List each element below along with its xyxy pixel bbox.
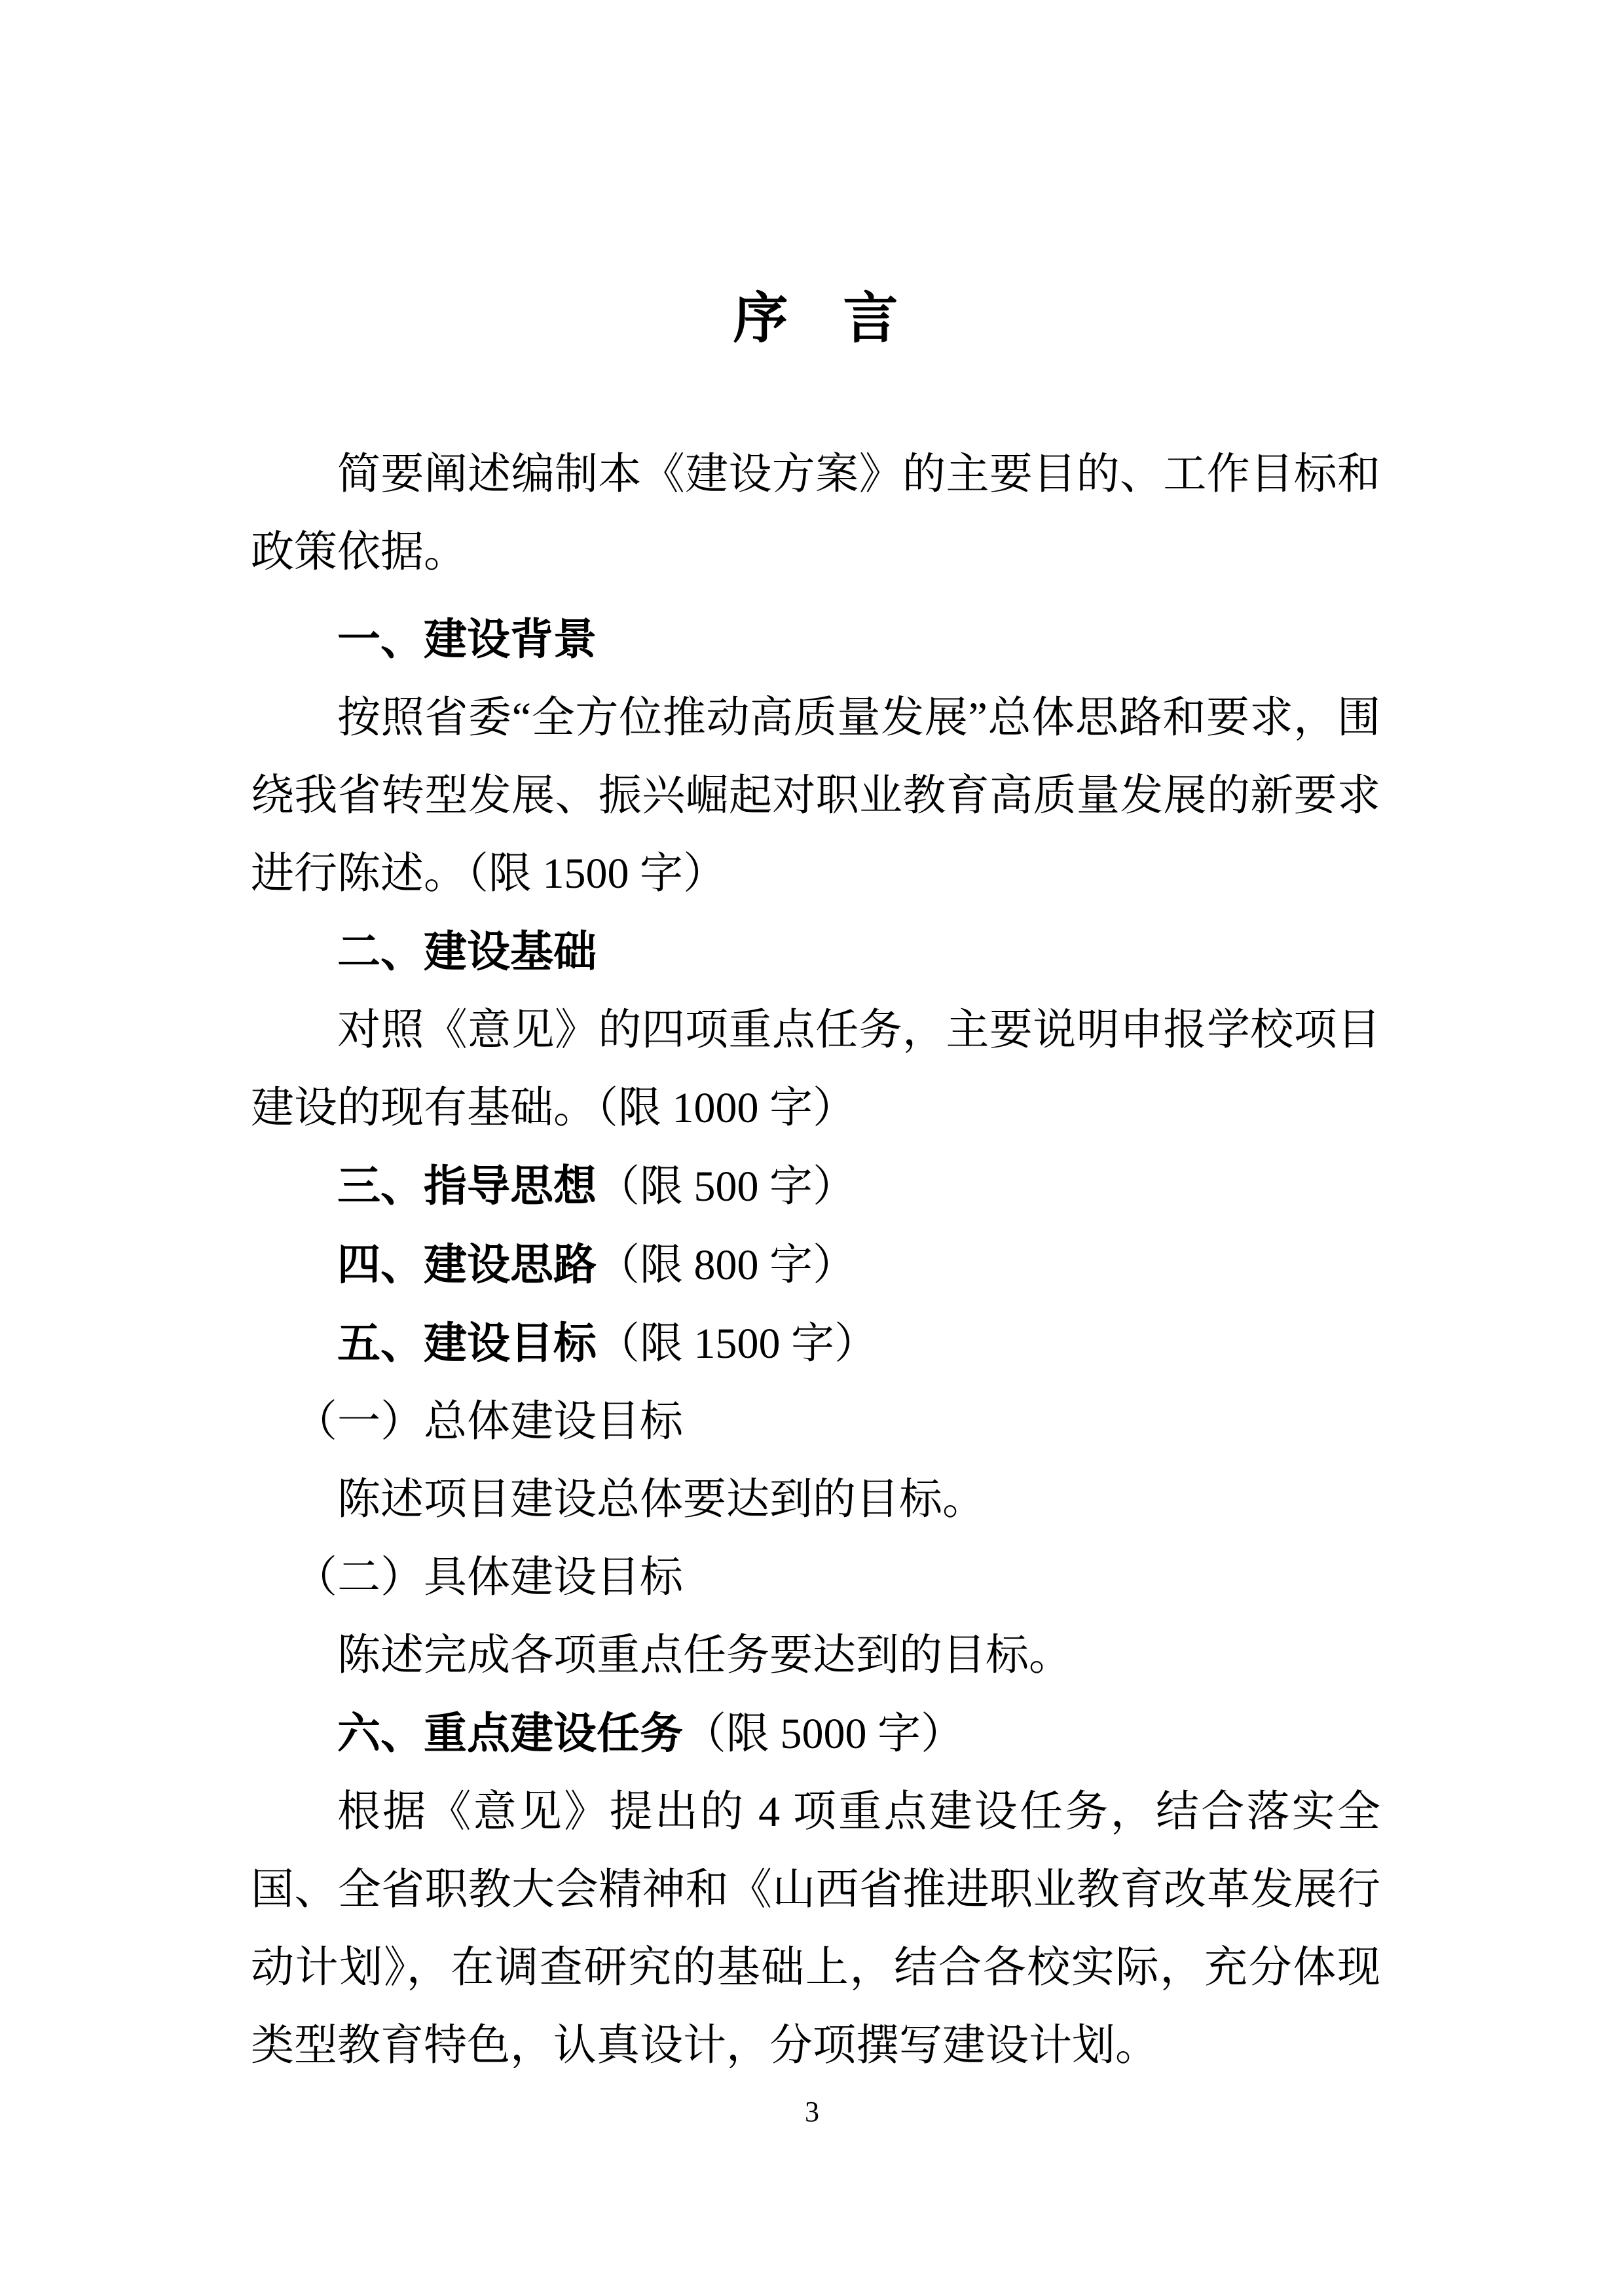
section-heading-limit: （限 500 字） bbox=[597, 1163, 856, 1211]
subheading-kaiti-1: （一）总体建设目标 bbox=[251, 1383, 1380, 1461]
subheading-kaiti-2: （二）具体建设目标 bbox=[251, 1539, 1380, 1616]
document-page: 序 言 简要阐述编制本《建设方案》的主要目的、工作目标和政策依据。 一、建设背景… bbox=[0, 0, 1624, 2296]
section-heading-3: 三、指导思想（限 500 字） bbox=[251, 1147, 1380, 1226]
section-heading-label: 六、重点建设任务 bbox=[337, 1709, 683, 1757]
section-heading-label: 五、建设目标 bbox=[337, 1319, 597, 1367]
section-heading-label: 二、建设基础 bbox=[337, 927, 597, 975]
section-heading-4: 四、建设思路（限 800 字） bbox=[251, 1226, 1380, 1304]
page-title: 序 言 bbox=[251, 280, 1380, 357]
section-heading-6: 六、重点建设任务（限 5000 字） bbox=[251, 1694, 1380, 1773]
page-number: 3 bbox=[0, 2095, 1624, 2129]
blank-line bbox=[251, 357, 1380, 435]
paragraph: 简要阐述编制本《建设方案》的主要目的、工作目标和政策依据。 bbox=[251, 435, 1380, 591]
section-heading-label: 三、指导思想 bbox=[337, 1161, 597, 1210]
section-heading-label: 一、建设背景 bbox=[337, 615, 597, 663]
section-heading-label: 四、建设思路 bbox=[337, 1240, 597, 1288]
section-heading-limit: （限 5000 字） bbox=[683, 1710, 964, 1758]
section-heading-2: 二、建设基础 bbox=[251, 913, 1380, 991]
paragraph: 陈述项目建设总体要达到的目标。 bbox=[251, 1461, 1380, 1539]
section-heading-5: 五、建设目标（限 1500 字） bbox=[251, 1304, 1380, 1383]
paragraph: 对照《意见》的四项重点任务，主要说明申报学校项目建设的现有基础。（限 1000 … bbox=[251, 991, 1380, 1147]
paragraph: 按照省委“全方位推动高质量发展”总体思路和要求，围绕我省转型发展、振兴崛起对职业… bbox=[251, 679, 1380, 913]
paragraph: 根据《意见》提出的 4 项重点建设任务，结合落实全国、全省职教大会精神和《山西省… bbox=[251, 1773, 1380, 2085]
section-heading-limit: （限 800 字） bbox=[597, 1241, 856, 1289]
section-heading-limit: （限 1500 字） bbox=[597, 1320, 877, 1368]
paragraph: 陈述完成各项重点任务要达到的目标。 bbox=[251, 1616, 1380, 1694]
document-content: 序 言 简要阐述编制本《建设方案》的主要目的、工作目标和政策依据。 一、建设背景… bbox=[251, 280, 1380, 2085]
section-heading-1: 一、建设背景 bbox=[251, 600, 1380, 679]
